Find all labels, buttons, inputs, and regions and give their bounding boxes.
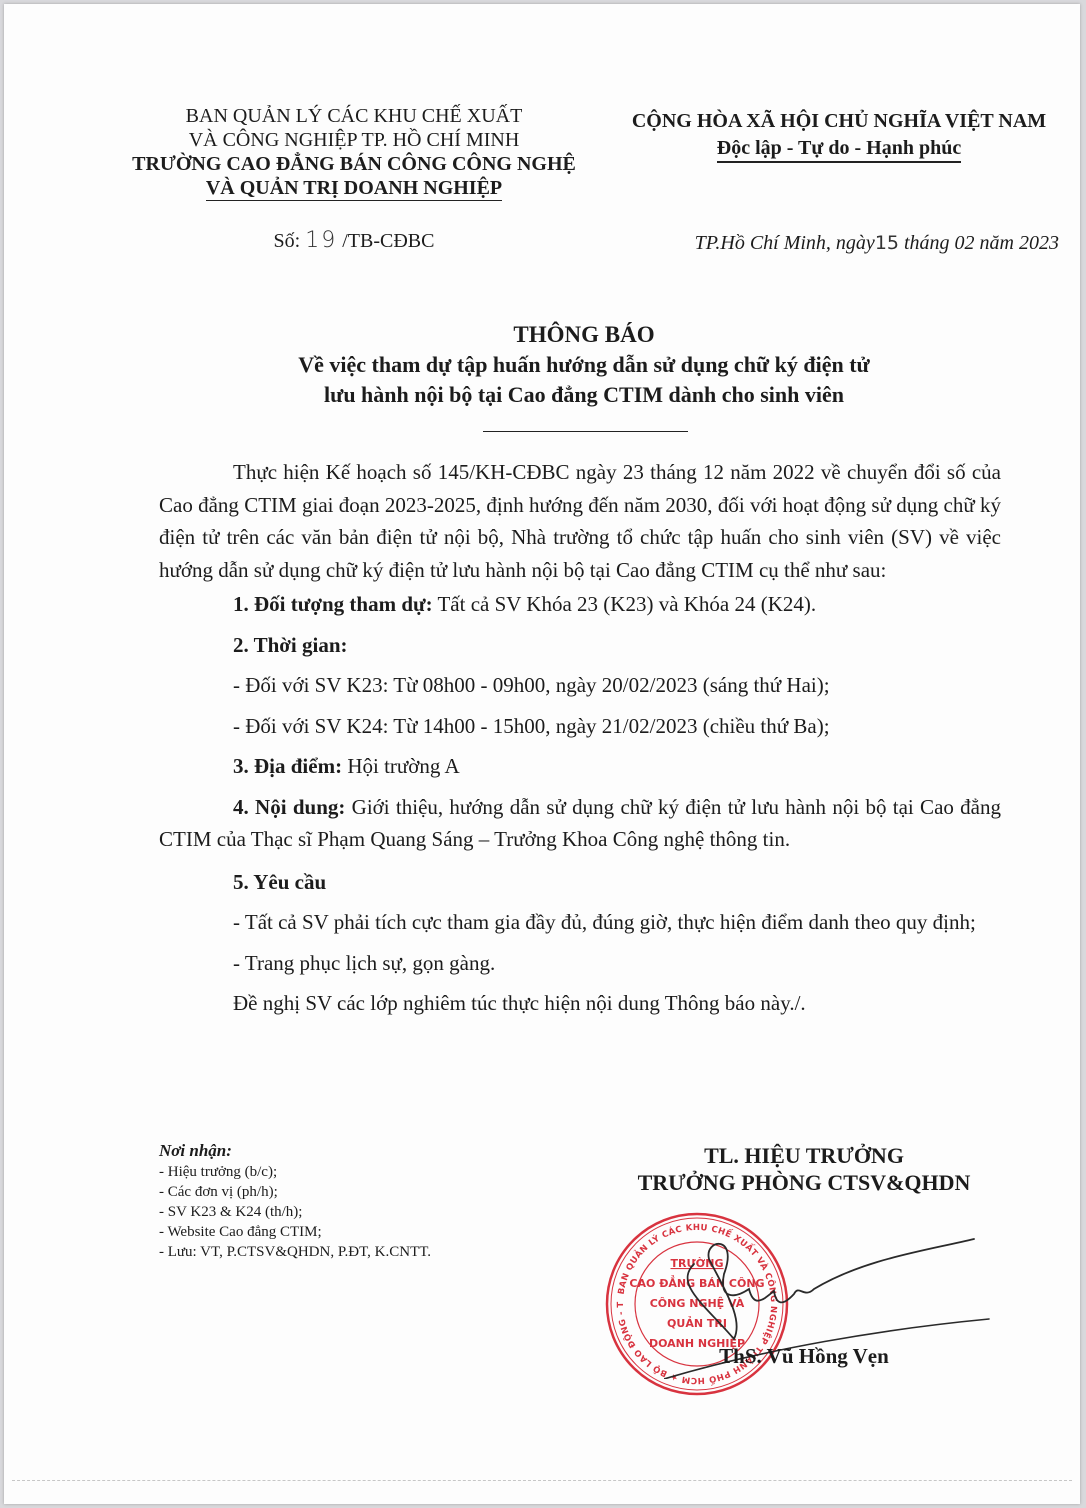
signature-position: TRƯỞNG PHÒNG CTSV&QHDN [594,1169,1014,1196]
issuer-name-line2: VÀ QUẢN TRỊ DOANH NGHIỆP [206,177,502,201]
section-content: 4. Nội dung: Giới thiệu, hướng dẫn sử dụ… [159,791,1001,856]
requirement-attendance: - Tất cả SV phải tích cực tham gia đầy đ… [159,906,1001,939]
document-page: BAN QUẢN LÝ CÁC KHU CHẾ XUẤT VÀ CÔNG NGH… [4,4,1080,1504]
time-k24: - Đối với SV K24: Từ 14h00 - 15h00, ngày… [159,710,1001,743]
title-divider [483,431,688,432]
recipients-block: Nơi nhận: - Hiệu trưởng (b/c); - Các đơn… [159,1140,579,1262]
section-attendees: 1. Đối tượng tham dự: Tất cả SV Khóa 23 … [159,588,1001,621]
date-suffix: tháng 02 năm 2023 [904,232,1059,254]
section-location: 3. Địa điểm: Hội trường A [159,750,1001,783]
closing-sentence: Đề nghị SV các lớp nghiêm túc thực hiện … [159,987,1001,1020]
section-label: 1. Đối tượng tham dự: [233,592,433,616]
time-k23: - Đối với SV K23: Từ 08h00 - 09h00, ngày… [159,669,1001,702]
document-title: THÔNG BÁO Về việc tham dự tập huấn hướng… [154,320,1014,410]
recipient-item: - Hiệu trưởng (b/c); [159,1162,579,1182]
doc-number-handwritten: 19 [305,228,337,253]
recipient-item: - Website Cao đẳng CTIM; [159,1222,579,1242]
section-label: 2. Thời gian: [233,633,348,657]
signature-authority: TL. HIỆU TRƯỞNG [594,1142,1014,1169]
issuer-header: BAN QUẢN LÝ CÁC KHU CHẾ XUẤT VÀ CÔNG NGH… [104,104,604,201]
section-requirements: 5. Yêu cầu [159,866,1001,899]
recipient-item: - Lưu: VT, P.CTSV&QHDN, P.ĐT, K.CNTT. [159,1242,579,1262]
title-heading: THÔNG BÁO [154,320,1014,350]
issuer-parent-line1: BAN QUẢN LÝ CÁC KHU CHẾ XUẤT [104,104,604,128]
title-subtitle-line1: Về việc tham dự tập huấn hướng dẫn sử dụ… [154,350,1014,380]
section-time: 2. Thời gian: [159,629,1001,662]
national-motto: Độc lập - Tự do - Hạnh phúc [717,135,961,163]
section-label: 4. Nội dung: [233,795,345,819]
national-title: CỘNG HÒA XÃ HỘI CHỦ NGHĨA VIỆT NAM [604,107,1074,135]
scan-edge-line [12,1480,1072,1481]
issuer-name-line1: TRƯỜNG CAO ĐẲNG BÁN CÔNG CÔNG NGHỆ [104,152,604,176]
title-subtitle-line2: lưu hành nội bộ tại Cao đẳng CTIM dành c… [154,380,1014,410]
signer-name: ThS. Vũ Hồng Vẹn [594,1344,1014,1369]
doc-number-suffix: /TB-CĐBC [342,230,434,252]
intro-paragraph: Thực hiện Kế hoạch số 145/KH-CĐBC ngày 2… [159,456,1001,586]
recipients-title: Nơi nhận: [159,1140,579,1162]
section-label: 3. Địa điểm: [233,754,342,778]
national-header: CỘNG HÒA XÃ HỘI CHỦ NGHĨA VIỆT NAM Độc l… [604,107,1074,164]
recipient-item: - SV K23 & K24 (th/h); [159,1202,579,1222]
date-line: TP.Hồ Chí Minh, ngày15 tháng 02 năm 2023 [604,232,1059,255]
document-number: Số: 19 /TB-CĐBC [104,228,604,253]
signature-block: TL. HIỆU TRƯỞNG TRƯỞNG PHÒNG CTSV&QHDN [594,1142,1014,1196]
section-text: Hội trường A [342,754,460,778]
date-day-handwritten: 15 [875,232,899,254]
requirement-dress: - Trang phục lịch sự, gọn gàng. [159,947,1001,980]
issuer-parent-line2: VÀ CÔNG NGHIỆP TP. HỒ CHÍ MINH [104,128,604,152]
document-body: Thực hiện Kế hoạch số 145/KH-CĐBC ngày 2… [159,456,1001,1020]
doc-number-prefix: Số: [274,230,301,252]
section-text: Tất cả SV Khóa 23 (K23) và Khóa 24 (K24)… [433,592,817,616]
date-prefix: TP.Hồ Chí Minh, ngày [695,232,875,254]
recipient-item: - Các đơn vị (ph/h); [159,1182,579,1202]
section-label: 5. Yêu cầu [233,870,326,894]
